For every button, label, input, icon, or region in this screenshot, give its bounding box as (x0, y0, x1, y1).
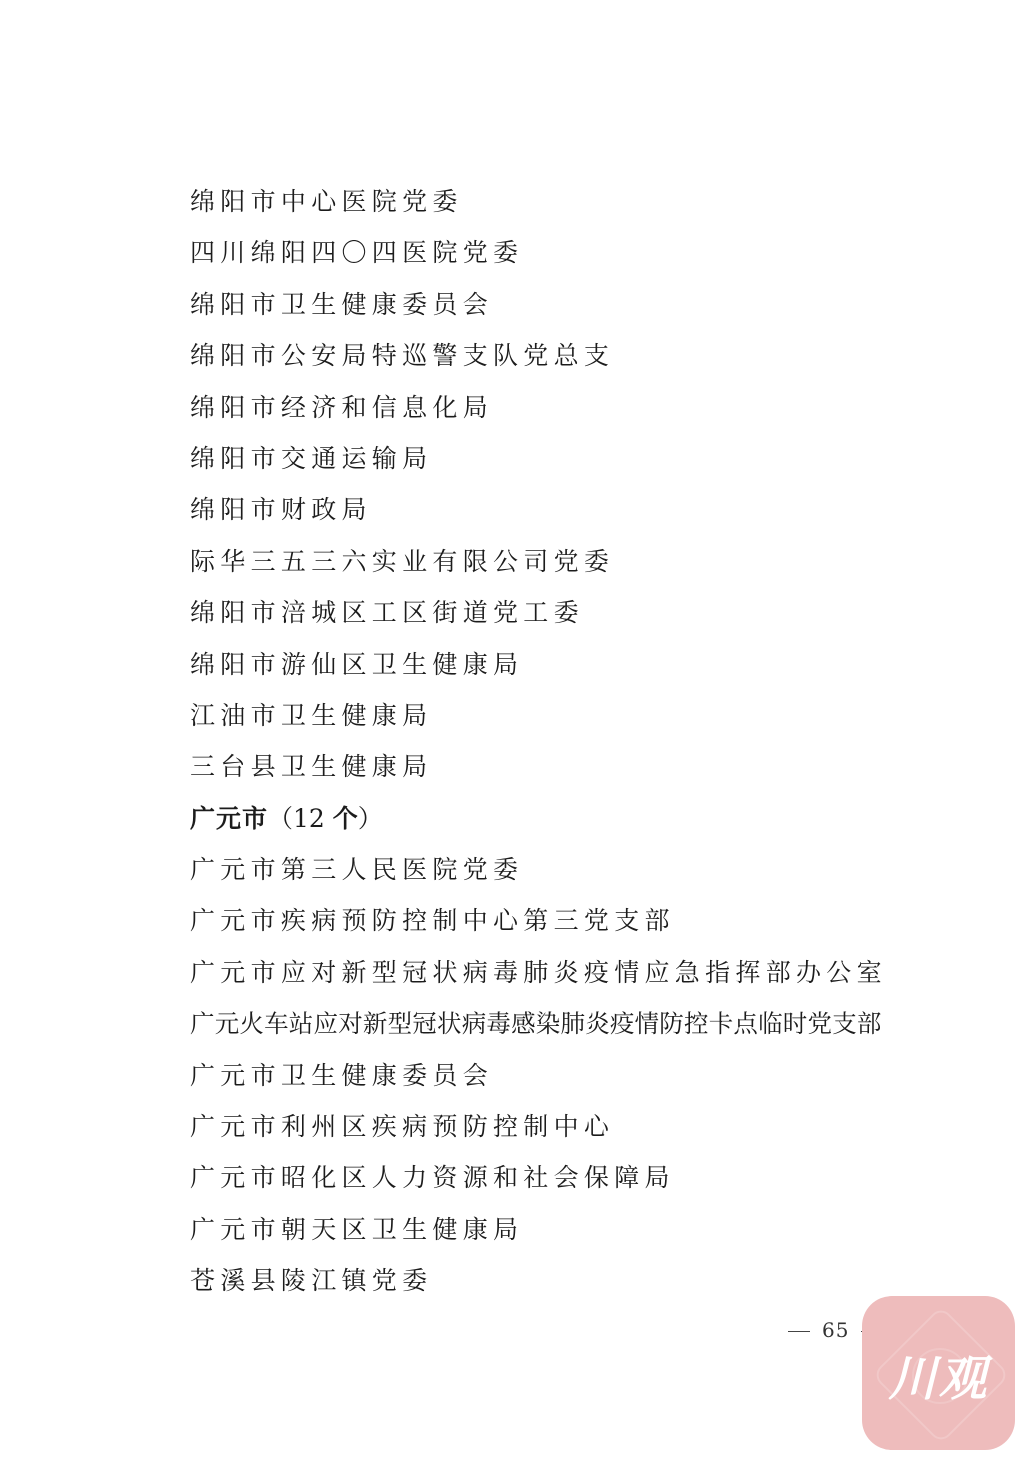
watermark-brand-text: 川观 (862, 1340, 1015, 1409)
list-item: 广元市疾病预防控制中心第三党支部 (190, 901, 887, 952)
list-item: 苍溪县陵江镇党委 (190, 1261, 887, 1312)
list-item: 绵阳市涪城区工区街道党工委 (190, 593, 887, 644)
list-item: 广元市第三人民医院党委 (190, 850, 887, 901)
list-item: 江油市卫生健康局 (190, 696, 887, 747)
list-item: 绵阳市公安局特巡警支队党总支 (190, 336, 887, 387)
list-item: 四川绵阳四〇四医院党委 (190, 233, 887, 284)
list-item: 绵阳市交通运输局 (190, 439, 887, 490)
list-item: 际华三五三六实业有限公司党委 (190, 542, 887, 593)
list-item: 广元市朝天区卫生健康局 (190, 1210, 887, 1261)
count-unit: 个 (333, 804, 358, 833)
organization-list: 绵阳市中心医院党委 四川绵阳四〇四医院党委 绵阳市卫生健康委员会 绵阳市公安局特… (190, 182, 887, 1313)
section-heading-count: （12 个） (268, 804, 383, 833)
page-number-value: 65 (822, 1318, 849, 1342)
list-item: 广元市卫生健康委员会 (190, 1056, 887, 1107)
list-item: 绵阳市财政局 (190, 490, 887, 541)
list-item: 广元火车站应对新型冠状病毒感染肺炎疫情防控卡点临时党支部 (190, 1004, 887, 1055)
list-item: 三台县卫生健康局 (190, 747, 887, 798)
count-close: ） (358, 804, 383, 833)
dash-left (788, 1331, 810, 1332)
list-item: 广元市昭化区人力资源和社会保障局 (190, 1158, 887, 1209)
section-heading-guangyuan: 广元市（12 个） (190, 799, 887, 850)
list-item: 广元市应对新型冠状病毒肺炎疫情应急指挥部办公室 (190, 953, 887, 1004)
list-item: 绵阳市卫生健康委员会 (190, 285, 887, 336)
list-item: 绵阳市游仙区卫生健康局 (190, 645, 887, 696)
list-item: 绵阳市中心医院党委 (190, 182, 887, 233)
count-open: （12 (268, 804, 333, 833)
list-item: 广元市利州区疾病预防控制中心 (190, 1107, 887, 1158)
list-item: 绵阳市经济和信息化局 (190, 388, 887, 439)
section-heading-city: 广元市 (190, 804, 268, 833)
chuanguan-watermark-logo: 川观 (862, 1296, 1015, 1450)
